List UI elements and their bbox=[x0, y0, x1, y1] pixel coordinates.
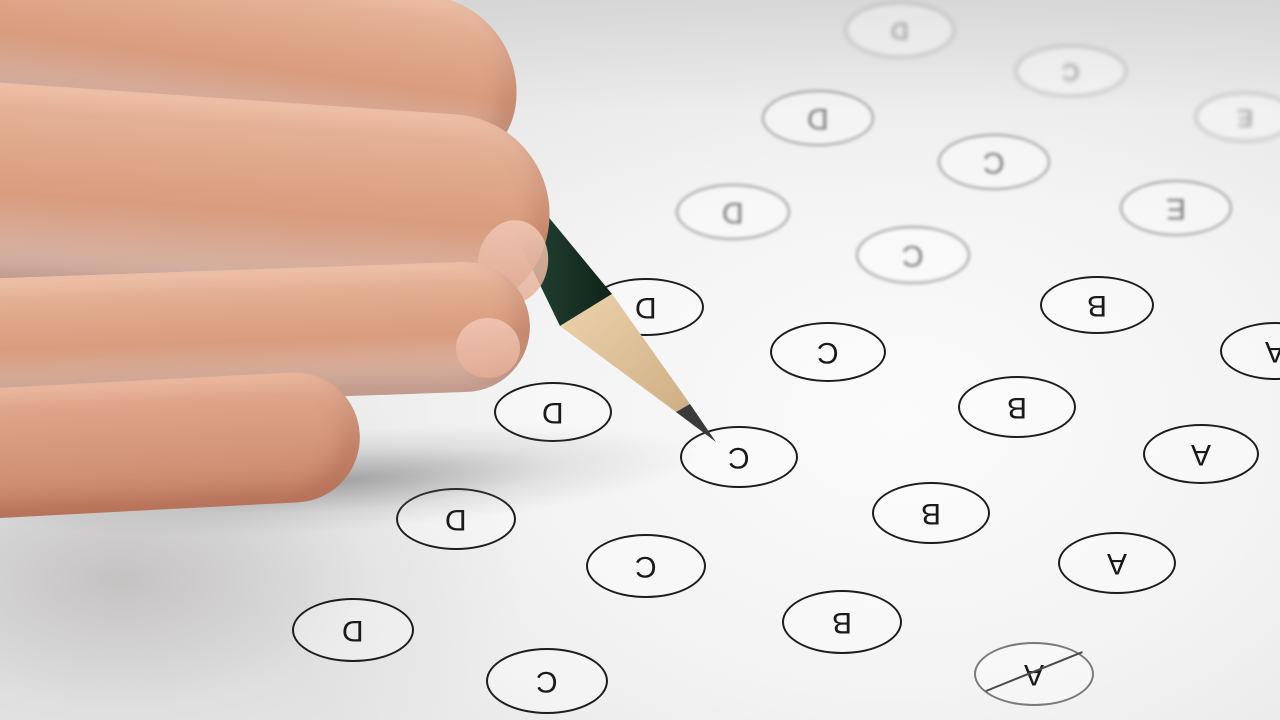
middle-fingernail bbox=[456, 318, 520, 378]
photo-scene: D C D C E D C E D C B A D C B A D C B A … bbox=[0, 0, 1280, 720]
ring-finger bbox=[0, 369, 363, 521]
